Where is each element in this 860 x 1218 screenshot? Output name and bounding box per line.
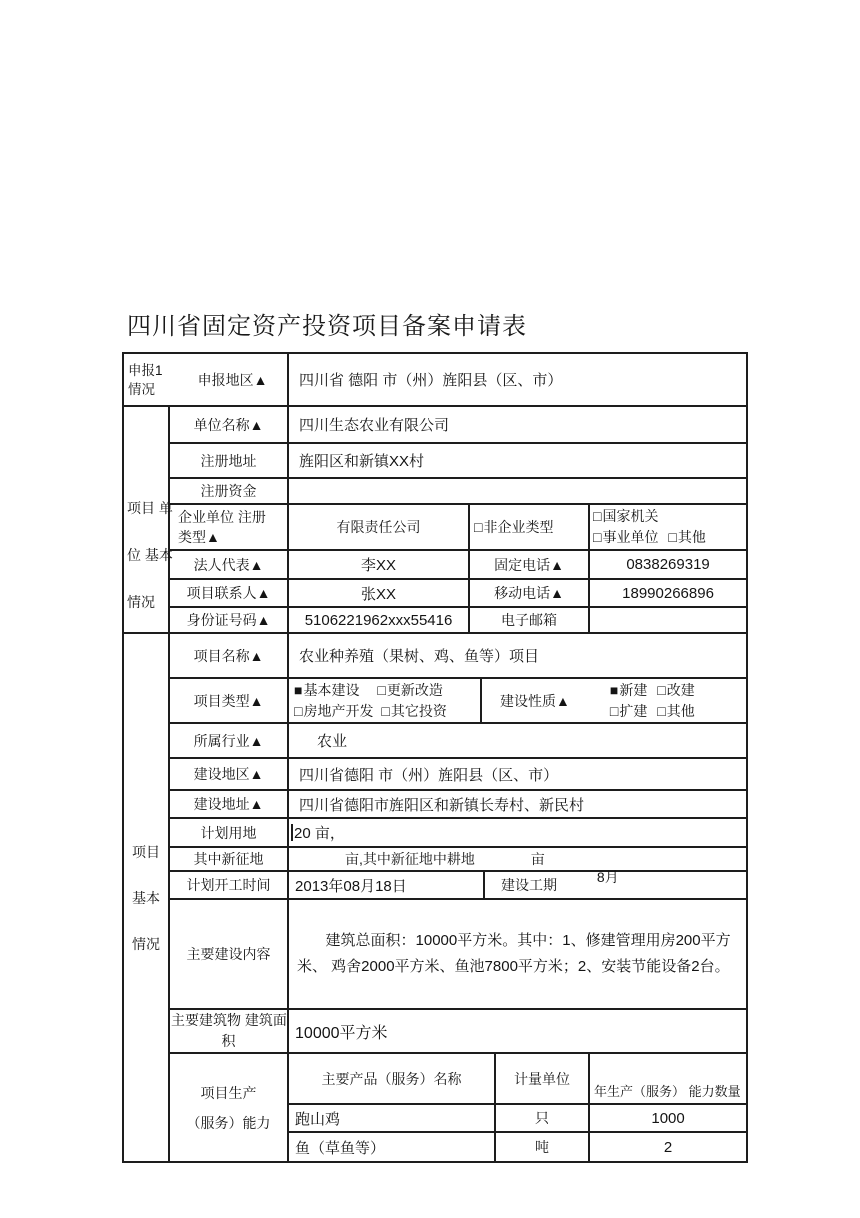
label-construction-region: 建设地区▲	[169, 758, 288, 790]
row-project-type: 项目类型▲ ■基本建设 □更新改造 □房地产开发 □其它投资 建设性质▲ ■新建	[123, 678, 747, 723]
label-unit-type: 企业单位 注册 类型▲	[169, 504, 288, 550]
value-declare-region: 四川省 德阳 市（州）旌阳县（区、市）	[288, 353, 747, 406]
checkbox-real-estate-icon: □	[294, 701, 302, 722]
product-amount: 2	[589, 1132, 747, 1162]
option-new-build-label: 新建	[619, 682, 647, 698]
row-unit-name: 项目 单 位 基本 情况 单位名称▲ 四川生态农业有限公司	[123, 406, 747, 443]
header-unit: 计量单位	[495, 1053, 589, 1104]
label-planned-land: 计划用地	[169, 818, 288, 847]
row-reg-capital: 注册资金	[123, 478, 747, 504]
option-real-estate-label: 房地产开发	[303, 703, 373, 719]
group-label-declare: 申报1 情况	[128, 361, 182, 399]
row-start-time: 计划开工时间 2013年08月18日 建设工期 8月	[123, 871, 747, 899]
new-land-text: 亩,其中新征地中耕地	[345, 851, 475, 867]
label-capacity: 项目生产 （服务）能力	[169, 1053, 288, 1162]
checkbox-renovation-icon: □	[377, 680, 385, 701]
value-reg-capital-empty	[288, 478, 747, 504]
cell-duration: 建设工期 8月	[484, 871, 747, 899]
label-fixed-phone: 固定电话▲	[469, 550, 589, 579]
checkbox-new-build-icon: ■	[610, 680, 618, 701]
label-mobile-phone: 移动电话▲	[469, 579, 589, 607]
label-declare-region: 申报地区▲	[182, 370, 283, 390]
value-id-number: 5106221962xxx55416	[288, 607, 469, 633]
application-form-table: 申报1 情况 申报地区▲ 四川省 德阳 市（州）旌阳县（区、市） 项目 单 位 …	[122, 352, 748, 1163]
option-rebuild-label: 改建	[667, 682, 695, 698]
row-unit-type: 企业单位 注册 类型▲ 有限责任公司 □非企业类型 □国家机关 □事业单位 □其…	[123, 504, 747, 550]
scanned-document-page: 四川省固定资产投资项目备案申请表 申报1 情况 申报地区▲ 四川省 德阳 市（州…	[0, 0, 860, 1218]
label-contact: 项目联系人▲	[169, 579, 288, 607]
checkbox-non-enterprise-icon: □	[474, 519, 482, 535]
option-public-institution-label: 事业单位	[602, 529, 658, 545]
value-fixed-phone: 0838269319	[589, 550, 747, 579]
row-contact: 项目联系人▲ 张XX 移动电话▲ 18990266896	[123, 579, 747, 607]
checkbox-expand-icon: □	[610, 701, 618, 722]
label-construction-address: 建设地址▲	[169, 790, 288, 818]
value-main-content: 建筑总面积：10000平方米。其中：1、修建管理用房200平方米、 鸡舍2000…	[288, 899, 747, 1009]
option-renovation-label: 更新改造	[387, 682, 443, 698]
value-unit-type: 有限责任公司	[288, 504, 469, 550]
value-start-time: 2013年08月18日	[288, 871, 484, 899]
checkbox-other-type-icon: □	[668, 527, 676, 548]
label-duration: 建设工期	[489, 877, 557, 893]
value-duration: 8月	[597, 869, 619, 885]
row-construction-address: 建设地址▲ 四川省德阳市旌阳区和新镇长寿村、新民村	[123, 790, 747, 818]
product-unit: 吨	[495, 1132, 589, 1162]
cell-project-type-options: ■基本建设 □更新改造 □房地产开发 □其它投资	[288, 678, 481, 723]
checkbox-other-investment-icon: □	[381, 701, 389, 722]
product-unit: 只	[495, 1104, 589, 1132]
value-industry: 农业	[288, 723, 747, 758]
value-construction-region: 四川省德阳 市（州）旌阳县（区、市）	[288, 758, 747, 790]
row-main-content: 主要建设内容 建筑总面积：10000平方米。其中：1、修建管理用房200平方米、…	[123, 899, 747, 1009]
stray-mark	[291, 824, 293, 841]
value-construction-address: 四川省德阳市旌阳区和新镇长寿村、新民村	[288, 790, 747, 818]
label-reg-address: 注册地址	[169, 443, 288, 478]
group-label-project-info: 项目 基本 情况	[123, 633, 169, 1162]
label-construction-nature: 建设性质▲	[486, 691, 570, 711]
value-email-empty	[589, 607, 747, 633]
label-email: 电子邮箱	[469, 607, 589, 633]
label-project-name: 项目名称▲	[169, 633, 288, 678]
label-industry: 所属行业▲	[169, 723, 288, 758]
product-name: 跑山鸡	[288, 1104, 495, 1132]
option-other-investment-label: 其它投资	[391, 703, 447, 719]
value-project-name: 农业种养殖（果树、鸡、鱼等）项目	[288, 633, 747, 678]
checkbox-basic-construction-icon: ■	[294, 680, 302, 701]
header-annual-capacity: 年生产（服务） 能力数量	[589, 1053, 747, 1104]
value-contact: 张XX	[288, 579, 469, 607]
option-other-nature-label: 其他	[667, 703, 695, 719]
cell-construction-nature: 建设性质▲ ■新建 □改建 □扩建 □其他	[481, 678, 747, 723]
row-new-land: 其中新征地 亩,其中新征地中耕地 亩	[123, 847, 747, 871]
label-building-area: 主要建筑物 建筑面 积	[169, 1009, 288, 1053]
page-title: 四川省固定资产投资项目备案申请表	[127, 306, 527, 341]
row-capacity-header: 项目生产 （服务）能力 主要产品（服务）名称 计量单位 年生产（服务） 能力数量	[123, 1053, 747, 1104]
value-mobile-phone: 18990266896	[589, 579, 747, 607]
label-main-content: 主要建设内容	[169, 899, 288, 1009]
group-label-unit-info: 项目 单 位 基本 情况	[123, 406, 169, 633]
row-id-number: 身份证号码▲ 5106221962xxx55416 电子邮箱	[123, 607, 747, 633]
checkbox-other-nature-icon: □	[657, 701, 665, 722]
product-amount: 1000	[589, 1104, 747, 1132]
checkbox-state-organ-icon: □	[593, 506, 601, 527]
product-name: 鱼（草鱼等）	[288, 1132, 495, 1162]
label-unit-name: 单位名称▲	[169, 406, 288, 443]
new-land-unit: 亩	[531, 851, 545, 867]
option-state-organ-label: 国家机关	[602, 508, 658, 524]
value-unit-name: 四川生态农业有限公司	[288, 406, 747, 443]
option-basic-construction-label: 基本建设	[303, 682, 359, 698]
row-building-area: 主要建筑物 建筑面 积 10000平方米	[123, 1009, 747, 1053]
value-planned-land: 20 亩，	[288, 818, 747, 847]
cell-declare-group-and-label: 申报1 情况 申报地区▲	[123, 353, 288, 406]
option-other-type-label: 其他	[678, 529, 706, 545]
row-planned-land: 计划用地 20 亩，	[123, 818, 747, 847]
label-start-time: 计划开工时间	[169, 871, 288, 899]
checkbox-public-institution-icon: □	[593, 527, 601, 548]
row-reg-address: 注册地址 旌阳区和新镇XX村	[123, 443, 747, 478]
checkbox-rebuild-icon: □	[657, 680, 665, 701]
value-reg-address: 旌阳区和新镇XX村	[288, 443, 747, 478]
label-project-type: 项目类型▲	[169, 678, 288, 723]
value-legal-rep: 李XX	[288, 550, 469, 579]
cell-non-enterprise: □非企业类型	[469, 504, 589, 550]
label-reg-capital: 注册资金	[169, 478, 288, 504]
value-new-land: 亩,其中新征地中耕地 亩	[288, 847, 747, 871]
label-legal-rep: 法人代表▲	[169, 550, 288, 579]
cell-unit-type-options: □国家机关 □事业单位 □其他	[589, 504, 747, 550]
label-id-number: 身份证号码▲	[169, 607, 288, 633]
label-new-land: 其中新征地	[169, 847, 288, 871]
value-building-area: 10000平方米	[288, 1009, 747, 1053]
header-product-name: 主要产品（服务）名称	[288, 1053, 495, 1104]
option-non-enterprise-label: 非企业类型	[483, 519, 553, 535]
row-declare-region: 申报1 情况 申报地区▲ 四川省 德阳 市（州）旌阳县（区、市）	[123, 353, 747, 406]
row-industry: 所属行业▲ 农业	[123, 723, 747, 758]
option-expand-label: 扩建	[619, 703, 647, 719]
row-project-name: 项目 基本 情况 项目名称▲ 农业种养殖（果树、鸡、鱼等）项目	[123, 633, 747, 678]
row-construction-region: 建设地区▲ 四川省德阳 市（州）旌阳县（区、市）	[123, 758, 747, 790]
row-legal-rep: 法人代表▲ 李XX 固定电话▲ 0838269319	[123, 550, 747, 579]
